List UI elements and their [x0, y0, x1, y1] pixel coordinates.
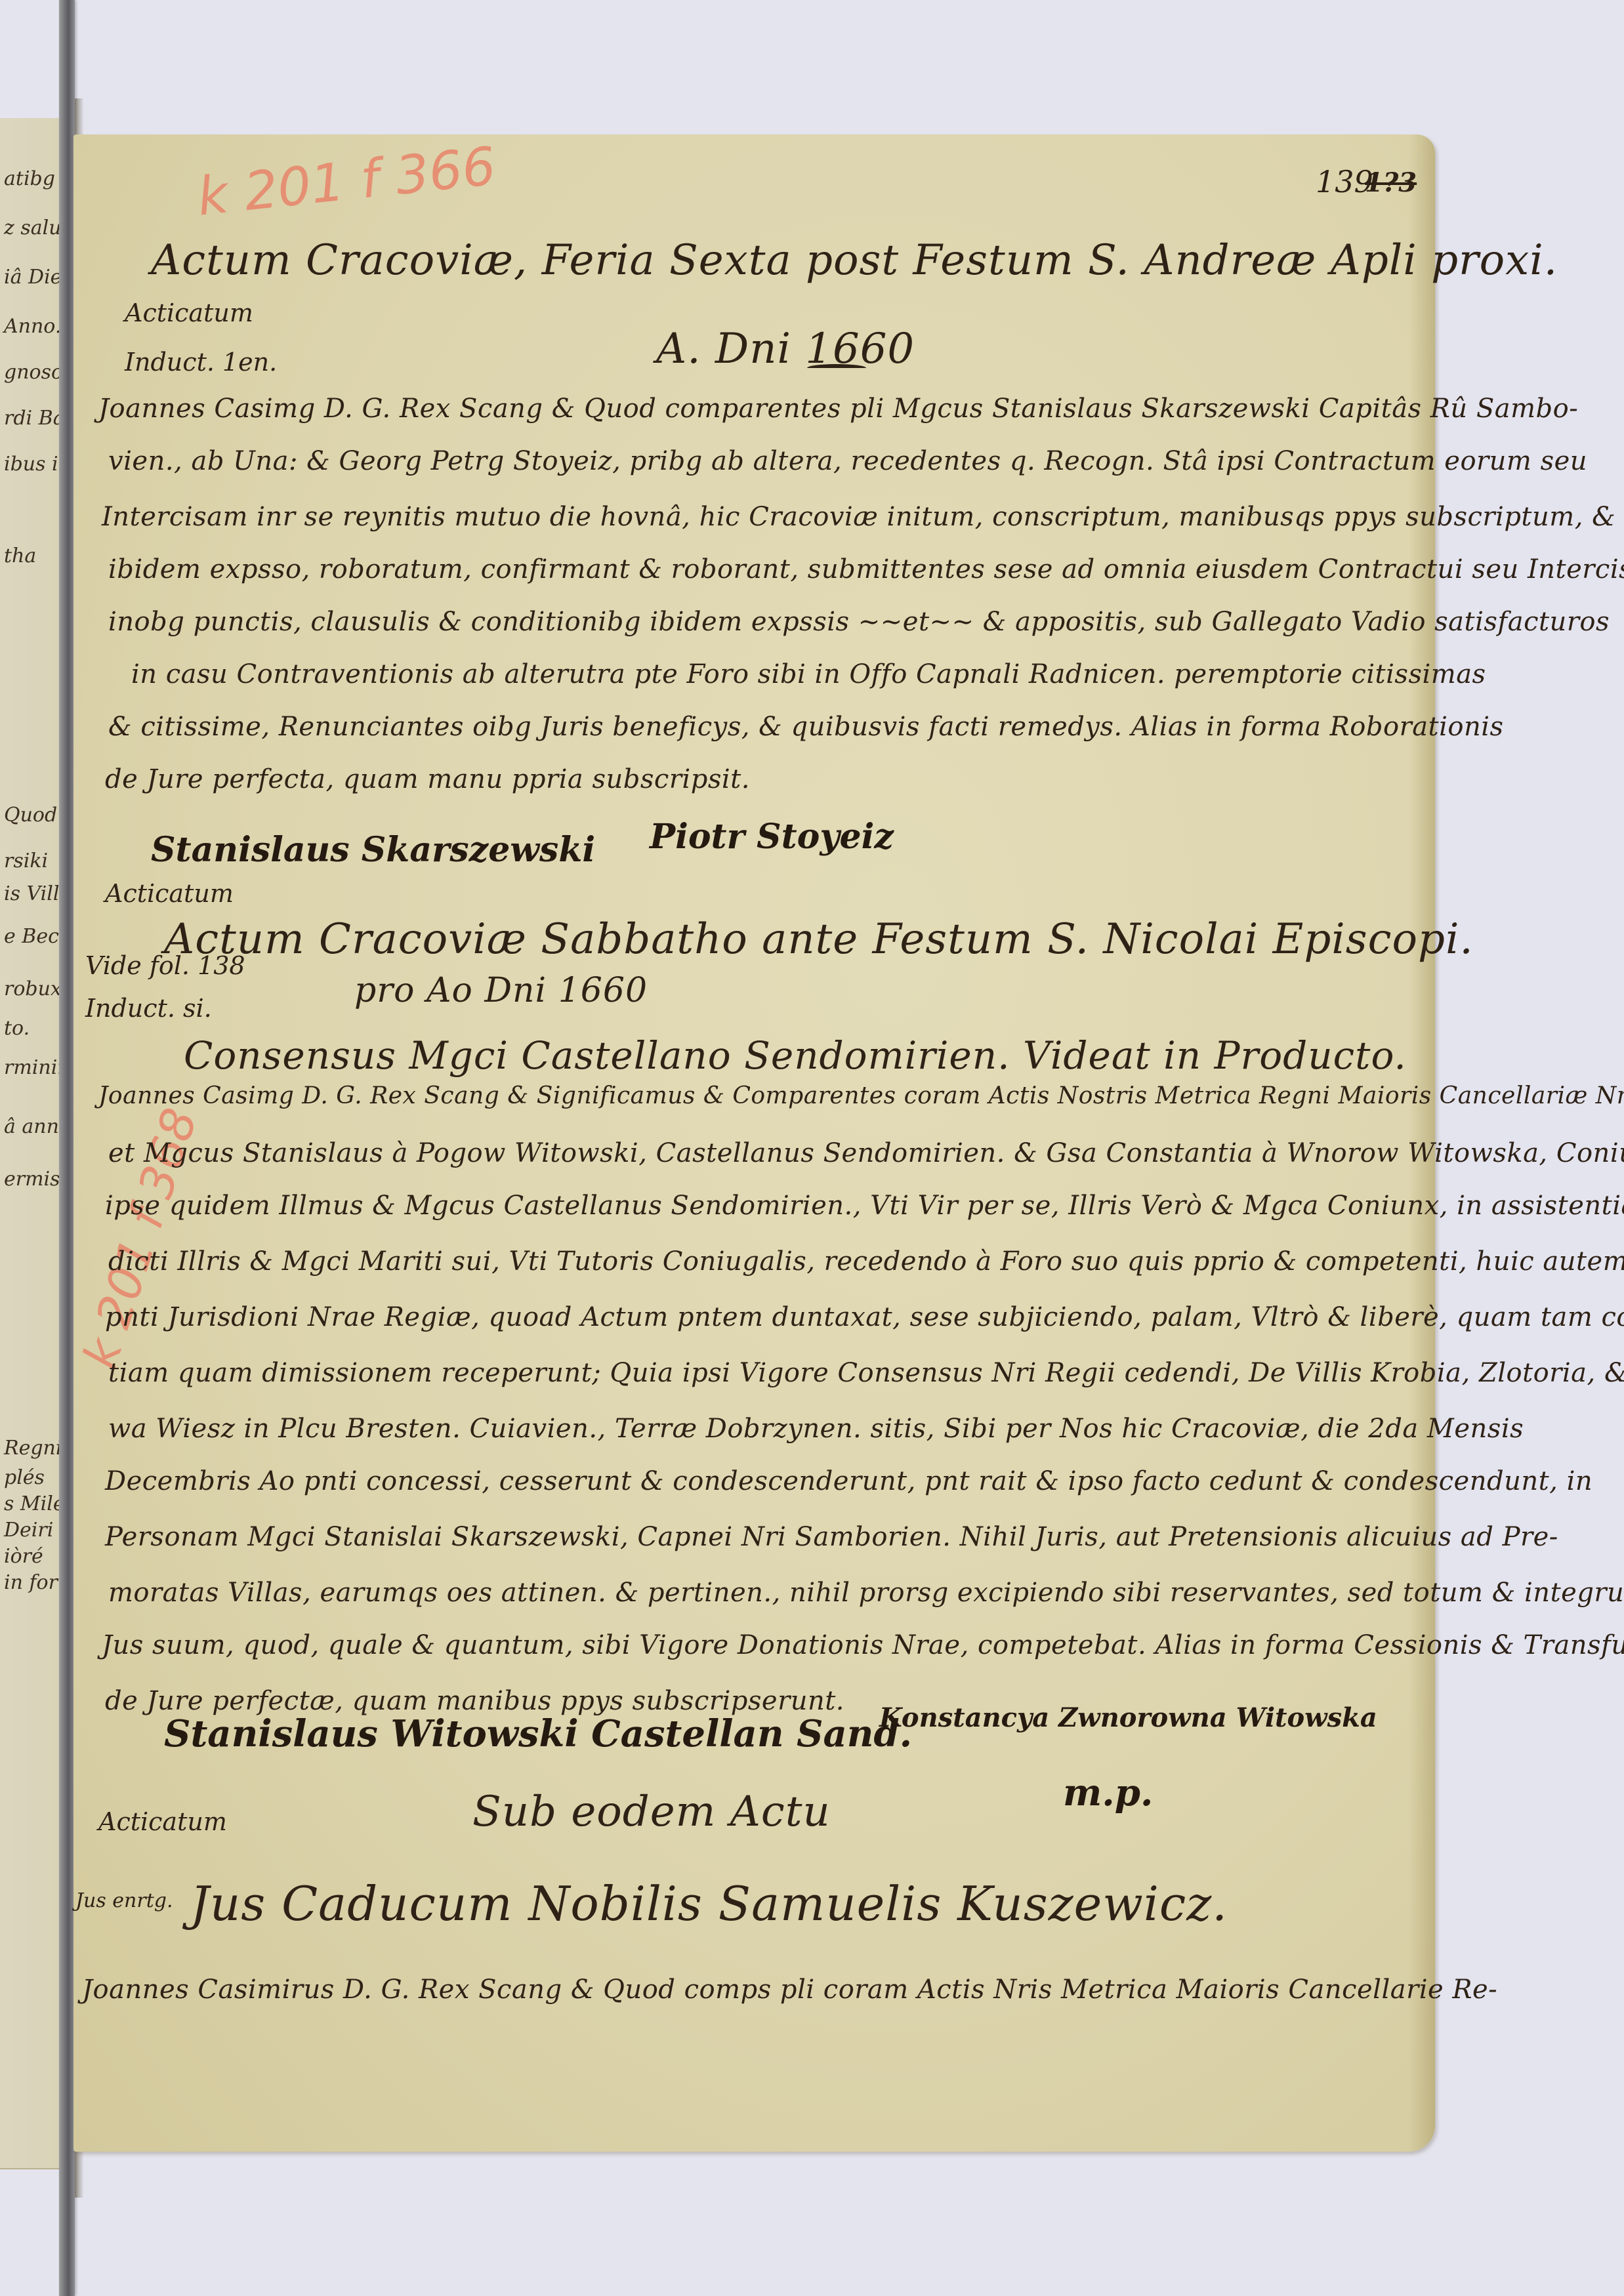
- text-line: Personam Mgci Stanislai Skarszewski, Cap…: [105, 1522, 1558, 1552]
- signature-mark: m.p.: [1063, 1771, 1153, 1814]
- entry-heading: Actum Cracoviæ, Feria Sexta post Festum …: [151, 236, 1558, 285]
- text-line: dicti Illris & Mgci Mariti sui, Vti Tuto…: [108, 1246, 1624, 1277]
- year-flourish: [807, 364, 866, 372]
- margin-note-jus: Jus enrtg.: [75, 1889, 173, 1912]
- margin-note-acticatum: Acticatum: [98, 1807, 227, 1836]
- text-line: ipse quidem Illmus & Mgcus Castellanus S…: [105, 1191, 1624, 1221]
- text-line: pnti Jurisdioni Nrae Regiæ, quoad Actum …: [105, 1302, 1624, 1332]
- text-line: Jus suum, quod, quale & quantum, sibi Vi…: [102, 1630, 1624, 1660]
- margin-note-indictio: Induct. 1en.: [125, 348, 277, 377]
- text-line: Joannes Casimirus D. G. Rex Scang & Quod…: [82, 1975, 1497, 2005]
- margin-note-vide: Vide fol. 138: [85, 951, 245, 980]
- margin-note-acticatum: Acticatum: [125, 298, 253, 327]
- entry-year: pro Ao Dni 1660: [354, 971, 648, 1010]
- signature: Stanislaus Witowski Castellan Sand.: [164, 1712, 912, 1755]
- text-line: tiam quam dimissionem receperunt; Quia i…: [108, 1358, 1624, 1388]
- text-line: ibidem expsso, roboratum, confirmant & r…: [108, 554, 1624, 584]
- left-page-text: Deiri: [4, 1519, 53, 1542]
- left-page-text: to.: [4, 1017, 30, 1040]
- text-line: & citissime, Renunciantes oibg Juris ben…: [108, 712, 1504, 742]
- left-page-text: Anno.: [4, 315, 61, 338]
- text-line: in casu Contraventionis ab alterutra pte…: [131, 659, 1486, 689]
- text-line: wa Wiesz in Plcu Bresten. Cuiavien., Ter…: [108, 1414, 1524, 1444]
- entry-year: A. Dni 1660: [656, 325, 915, 373]
- left-page-text: iòré: [4, 1545, 43, 1568]
- text-line: inobg punctis, clausulis & conditionibg …: [108, 607, 1610, 637]
- left-page-text: s Mile: [4, 1492, 65, 1515]
- left-page-text: plés: [4, 1466, 45, 1489]
- margin-note-indictio: Induct. si.: [85, 994, 212, 1023]
- binding-gutter: [59, 0, 75, 2296]
- text-line: et Mgcus Stanislaus à Pogow Witowski, Ca…: [108, 1138, 1624, 1168]
- text-line: moratas Villas, earumqs oes attinen. & p…: [108, 1578, 1624, 1608]
- left-page-text: Regni: [4, 1437, 62, 1460]
- text-line: de Jure perfecta, quam manu ppria subscr…: [105, 764, 750, 794]
- left-page-text: iâ Die: [4, 266, 62, 289]
- signature: Stanislaus Skarszewski: [151, 830, 595, 870]
- entry-heading: Actum Cracoviæ Sabbatho ante Festum S. N…: [164, 915, 1474, 964]
- entry-subheading: Jus Caducum Nobilis Samuelis Kuszewicz.: [190, 1876, 1228, 1931]
- signature: Piotr Stoyeiz: [650, 817, 894, 857]
- signature: Konstancya Zwnorowna Witowska: [879, 1702, 1377, 1733]
- text-line: Intercisam inr se reynitis mutuo die hov…: [102, 502, 1624, 532]
- text-line: Joannes Casimg D. G. Rex Scang & Signifi…: [98, 1082, 1624, 1109]
- folio-number-struck: 1?3: [1365, 167, 1417, 198]
- margin-note-acticatum: Acticatum: [105, 879, 234, 908]
- text-line: Decembris Ao pnti concessi, cesserunt & …: [105, 1466, 1593, 1496]
- left-page-text: rsiki: [4, 850, 48, 872]
- left-page-text: tha: [4, 544, 36, 567]
- entry-heading: Sub eodem Actu: [472, 1788, 831, 1836]
- entry-subheading: Consensus Mgci Castellano Sendomirien. V…: [184, 1033, 1407, 1078]
- text-line: Joannes Casimg D. G. Rex Scang & Quod co…: [98, 394, 1578, 424]
- text-line: vien., ab Una: & Georg Petrg Stoyeiz, pr…: [108, 446, 1587, 476]
